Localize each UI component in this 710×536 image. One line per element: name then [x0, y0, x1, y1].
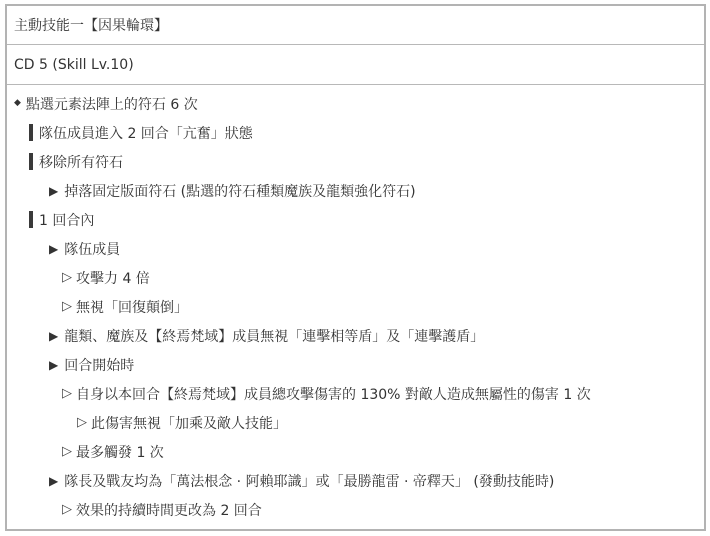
triangle-open-icon: ▷: [62, 502, 72, 517]
list-item: ▶ 掉落固定版面符石 (點選的符石種類魔族及龍類強化符石): [7, 176, 704, 205]
list-item: ▷ 攻擊力 4 倍: [7, 263, 704, 292]
triangle-open-icon: ▷: [62, 270, 72, 285]
list-item-text: 此傷害無視「加乘及敵人技能」: [91, 413, 287, 433]
list-item-text: 隊長及戰友均為「萬法根念 · 阿賴耶識」或「最勝龍雷 · 帝釋天」 (發動技能時…: [64, 471, 554, 491]
list-item: ▶ 回合開始時: [7, 350, 704, 379]
list-item-text: 自身以本回合【終焉梵域】成員總攻擊傷害的 130% 對敵人造成無屬性的傷害 1 …: [76, 384, 591, 404]
list-item: 移除所有符石: [7, 147, 704, 176]
list-item: ▷ 最多觸發 1 次: [7, 437, 704, 466]
list-item: ▷ 效果的持續時間更改為 2 回合: [7, 495, 704, 524]
list-item-text: 1 回合內: [39, 210, 94, 230]
list-item-text: 點選元素法陣上的符石 6 次: [26, 94, 198, 114]
diamond-bullet-icon: ◆: [14, 98, 21, 108]
list-item: 隊伍成員進入 2 回合「亢奮」狀態: [7, 118, 704, 147]
list-item: 1 回合內: [7, 205, 704, 234]
skill-description: ◆ 點選元素法陣上的符石 6 次 隊伍成員進入 2 回合「亢奮」狀態 移除所有符…: [7, 85, 704, 524]
list-item: ▶ 隊長及戰友均為「萬法根念 · 阿賴耶識」或「最勝龍雷 · 帝釋天」 (發動技…: [7, 466, 704, 495]
triangle-filled-icon: ▶: [49, 329, 58, 343]
skill-cooldown-row: CD 5 (Skill Lv.10): [7, 45, 704, 85]
vertical-bar-icon: [29, 124, 33, 141]
vertical-bar-icon: [29, 153, 33, 170]
triangle-filled-icon: ▶: [49, 474, 58, 488]
list-item-text: 龍類、魔族及【終焉梵域】成員無視「連擊相等盾」及「連擊護盾」: [64, 326, 484, 346]
list-item: ▶ 隊伍成員: [7, 234, 704, 263]
triangle-filled-icon: ▶: [49, 242, 58, 256]
skill-title-row: 主動技能一【因果輪環】: [7, 6, 704, 45]
skill-card: 主動技能一【因果輪環】 CD 5 (Skill Lv.10) ◆ 點選元素法陣上…: [5, 4, 706, 531]
skill-title: 主動技能一【因果輪環】: [14, 15, 168, 35]
list-item-text: 最多觸發 1 次: [76, 442, 164, 462]
list-item-text: 效果的持續時間更改為 2 回合: [76, 500, 262, 520]
list-item: ◆ 點選元素法陣上的符石 6 次: [7, 89, 704, 118]
triangle-open-icon: ▷: [77, 415, 87, 430]
triangle-open-icon: ▷: [62, 299, 72, 314]
list-item: ▶ 龍類、魔族及【終焉梵域】成員無視「連擊相等盾」及「連擊護盾」: [7, 321, 704, 350]
list-item: ▷ 無視「回復顛倒」: [7, 292, 704, 321]
vertical-bar-icon: [29, 211, 33, 228]
list-item: ▷ 自身以本回合【終焉梵域】成員總攻擊傷害的 130% 對敵人造成無屬性的傷害 …: [7, 379, 704, 408]
triangle-open-icon: ▷: [62, 386, 72, 401]
list-item: ▷ 此傷害無視「加乘及敵人技能」: [7, 408, 704, 437]
list-item-text: 攻擊力 4 倍: [76, 268, 150, 288]
triangle-filled-icon: ▶: [49, 358, 58, 372]
list-item-text: 無視「回復顛倒」: [76, 297, 188, 317]
list-item-text: 掉落固定版面符石 (點選的符石種類魔族及龍類強化符石): [64, 181, 415, 201]
list-item-text: 移除所有符石: [39, 152, 123, 172]
triangle-open-icon: ▷: [62, 444, 72, 459]
skill-cooldown: CD 5 (Skill Lv.10): [14, 57, 134, 73]
triangle-filled-icon: ▶: [49, 184, 58, 198]
list-item-text: 隊伍成員: [64, 239, 120, 259]
list-item-text: 回合開始時: [64, 355, 134, 375]
list-item-text: 隊伍成員進入 2 回合「亢奮」狀態: [39, 123, 253, 143]
